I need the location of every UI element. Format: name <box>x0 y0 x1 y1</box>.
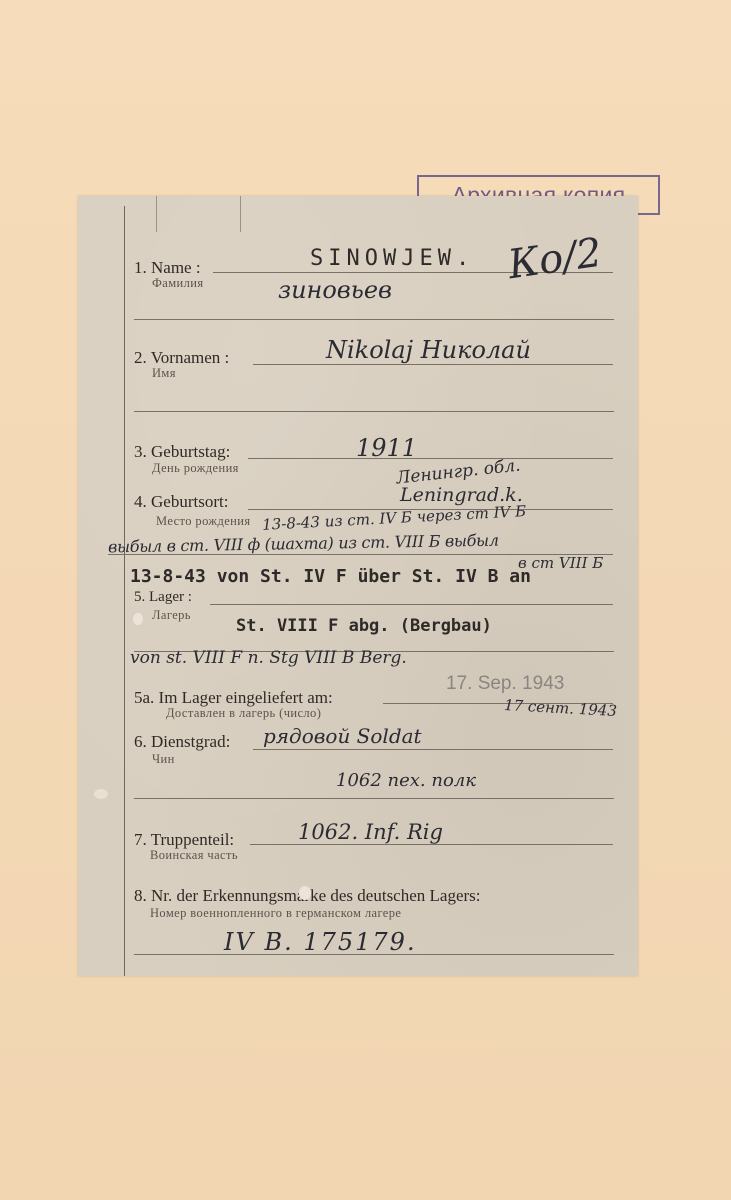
field-2-rule <box>253 364 613 365</box>
top-tick-rule <box>156 196 157 232</box>
field-1-label-ru: Фамилия <box>152 276 204 291</box>
first-name-value: Nikolaj Николай <box>326 336 531 364</box>
name-latin-value: SINOWJEW. <box>310 246 474 271</box>
paper-damage-spot <box>94 789 108 799</box>
transfer-note-ru-1: 13-8-43 из ст. IV Б через ст IV Б <box>262 502 527 534</box>
arrival-date-value: 17 сент. 1943 <box>504 696 618 720</box>
rank-value-line2: 1062 пех. полк <box>336 770 476 791</box>
paper-damage-spot <box>133 613 143 625</box>
archive-mark: Ко/2 <box>505 230 604 289</box>
field-5-label-ru: Лагерь <box>152 608 191 623</box>
unit-value: 1062. Inf. Rig <box>298 820 443 844</box>
field-5-label: 5. Lager : <box>134 589 192 606</box>
field-8-label-ru: Номер военнопленного в германском лагере <box>150 906 401 921</box>
pow-number-value: IV B. 175179. <box>224 928 417 956</box>
transfer-note-typed-2: St. VIII F abg. (Bergbau) <box>236 616 492 636</box>
field-6-rule-2 <box>134 798 614 799</box>
field-5-rule <box>210 604 613 605</box>
field-5a-label-ru: Доставлен в лагерь (число) <box>166 706 321 721</box>
field-7-rule <box>250 844 613 845</box>
field-4-label-ru: Место рождения <box>156 514 251 529</box>
transfer-note-typed-1: 13-8-43 von St. IV F über St. IV B an <box>130 566 531 587</box>
birth-year-value: 1911 <box>356 434 417 462</box>
field-6-label: 6. Dienstgrad: <box>134 732 230 752</box>
field-5a-label: 5a. Im Lager eingeliefert am: <box>134 688 333 708</box>
field-2-rule-2 <box>134 411 614 412</box>
transfer-note-ru-2: выбыл в ст. VIII ф (шахта) из ст. VIII Б… <box>108 531 499 557</box>
field-2-label: 2. Vornamen : <box>134 348 229 368</box>
field-3-label-ru: День рождения <box>152 461 239 476</box>
field-1-rule-2 <box>134 319 614 320</box>
field-4-label: 4. Geburtsort: <box>134 492 228 512</box>
rank-value: рядовой Soldat <box>263 724 422 748</box>
name-cyrillic-value: зиновьев <box>278 276 392 304</box>
field-7-label-ru: Воинская часть <box>150 848 238 863</box>
pow-registration-card: 1. Name : Фамилия SINOWJEW. зиновьев Ко/… <box>78 196 638 976</box>
field-8-rule <box>134 954 614 955</box>
paper-damage-spot <box>299 886 311 900</box>
left-margin-rule <box>124 206 125 976</box>
top-tick-rule <box>240 196 241 232</box>
transfer-note-hw-4: von st. VIII F n. Stg VIII B Berg. <box>130 648 407 668</box>
arrival-date-stamp: 17. Sep. 1943 <box>446 673 564 695</box>
field-6-label-ru: Чин <box>152 752 175 767</box>
field-2-label-ru: Имя <box>152 366 176 381</box>
field-6-rule <box>253 749 613 750</box>
field-3-label: 3. Geburtstag: <box>134 442 230 462</box>
field-1-label: 1. Name : <box>134 258 201 278</box>
field-3-rule <box>248 458 613 459</box>
field-7-label: 7. Truppenteil: <box>134 830 234 850</box>
